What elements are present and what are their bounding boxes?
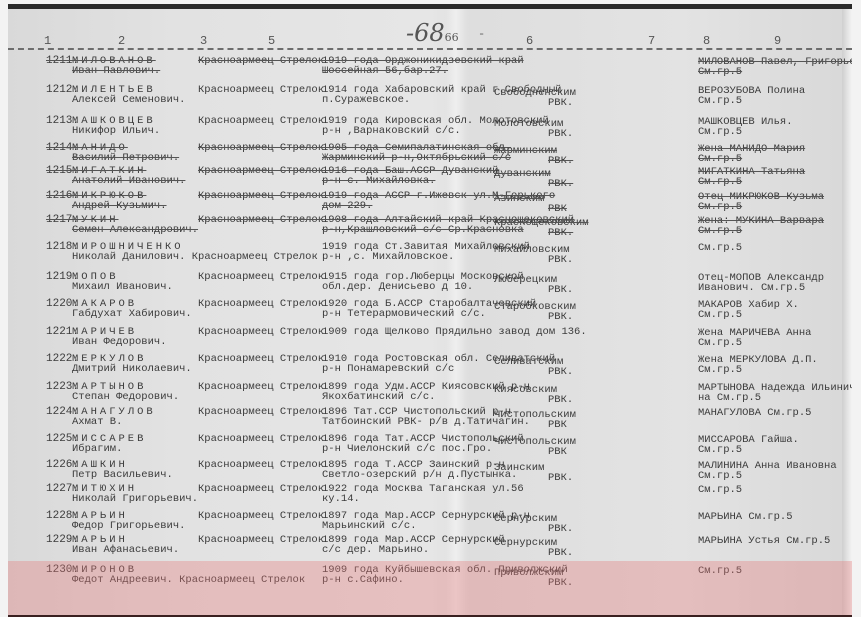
header-rule <box>8 48 852 50</box>
rank-position: Красноармеец Стрелок <box>198 434 324 445</box>
document-page: -6866 - 12356789 1211.МИЛОВАНОВИван Павл… <box>8 4 852 617</box>
given-name: Петр Васильевич. <box>72 470 173 481</box>
rank-position: Красноармеец Стрелок <box>198 56 324 67</box>
given-name: Михаил Иванович. <box>72 282 173 293</box>
next-of-kin-line2: См.гр.5 <box>698 365 742 376</box>
rank-position: Красноармеец Стрелок <box>198 116 324 127</box>
birth-place-line2: Жарминский р-н,Октябрьский с/с <box>322 153 511 164</box>
next-of-kin-line1: МАРЬИНА См.гр.5 <box>698 512 793 523</box>
rank-position: Красноармеец Стрелок <box>198 215 324 226</box>
rank-position: Красноармеец Стрелок <box>198 272 324 283</box>
given-name: Федот Андреевич. Красноармеец Стрелок <box>72 575 305 586</box>
draft-office-suffix: РВК <box>548 447 567 458</box>
birth-place-line2: дом 229. <box>322 201 372 212</box>
birth-place-line2: Шоссейная 56,бар.27. <box>322 66 448 77</box>
next-of-kin-line2: См.гр.5 <box>698 67 742 78</box>
table-row: 1230.МИРОНОВФедот Андреевич. Красноармее… <box>8 565 852 595</box>
column-number: 3 <box>200 34 207 48</box>
given-name: Ибрагим. <box>72 444 122 455</box>
draft-office-suffix: РВК. <box>548 548 573 559</box>
next-of-kin-line1: См.гр.5 <box>698 485 742 496</box>
rank-position: Красноармеец Стрелок <box>198 143 324 154</box>
birth-place-line2: р-н Понамаревский с/с <box>322 364 454 375</box>
given-name: Ахмат В. <box>72 417 122 428</box>
table-row: 1222.МЕРКУЛОВДмитрий Николаевич.Красноар… <box>8 354 852 384</box>
rank-position: Красноармеец Стрелок <box>198 191 324 202</box>
next-of-kin-line2: См.гр.5 <box>698 96 742 107</box>
rank-position: Красноармеец Стрелок <box>198 484 324 495</box>
rank-position: Красноармеец Стрелок <box>198 299 324 310</box>
page-number: -6866 <box>406 19 459 47</box>
next-of-kin-line2: на См.гр.5 <box>698 393 761 404</box>
birth-place-line2: р-н с.Сафино. <box>322 575 404 586</box>
given-name: Андрей Кузьмич. <box>72 201 167 212</box>
column-number: 5 <box>268 34 275 48</box>
birth-place-line2: Якохбатинский с/с. <box>322 392 435 403</box>
next-of-kin-line2: См.гр.5 <box>698 202 742 213</box>
draft-office-suffix: РВК. <box>548 255 573 266</box>
birth-place-line2: р-н Тетерармовический с/с. <box>322 309 486 320</box>
column-number: 8 <box>703 34 710 48</box>
rank-position: Красноармеец Стрелок <box>198 382 324 393</box>
given-name: Иван Афанасьевич. <box>72 545 179 556</box>
next-of-kin-line2: См.гр.5 <box>698 471 742 482</box>
draft-office-suffix: РВК. <box>548 578 573 589</box>
draft-office-suffix: РВК. <box>548 98 573 109</box>
draft-office-suffix: РВК. <box>548 524 573 535</box>
birth-place-line2: п.Суражевское. <box>322 95 410 106</box>
column-number: 9 <box>774 34 781 48</box>
given-name: Анатолий Иванович. <box>72 176 185 187</box>
column-number: 2 <box>118 34 125 48</box>
draft-office-suffix: РВК. <box>548 473 573 484</box>
next-of-kin-line2: См.гр.5 <box>698 226 742 237</box>
rank-position: Красноармеец Стрелок <box>198 166 324 177</box>
next-of-kin-line2: См.гр.5 <box>698 127 742 138</box>
rank-position: Красноармеец Стрелок <box>198 354 324 365</box>
rank-position: Красноармеец Стрелок <box>198 85 324 96</box>
draft-office: Краснощековским <box>494 218 589 229</box>
dash-mark: - <box>478 27 485 41</box>
given-name: Габдухат Хабирович. <box>72 309 192 320</box>
next-of-kin-line1: См.гр.5 <box>698 243 742 254</box>
given-name: Степан Федорович. <box>72 392 179 403</box>
given-name: Семен Александрович. <box>72 225 198 236</box>
rank-position: Красноармеец Стрелок <box>198 327 324 338</box>
given-name: Иван Федорович. <box>72 337 167 348</box>
draft-office-suffix: РВК. <box>548 312 573 323</box>
rank-position: Красноармеец Стрелок <box>198 460 324 471</box>
birth-place-line2: р-н ,Варнаковский с/с. <box>322 126 461 137</box>
draft-office-suffix: РВК. <box>548 395 573 406</box>
draft-office-suffix: РВК. <box>548 367 573 378</box>
next-of-kin-line2: См.гр.5 <box>698 177 742 188</box>
next-of-kin-line2: См.гр.5 <box>698 154 742 165</box>
given-name: Василий Петрович. <box>72 153 179 164</box>
draft-office: Дуванским <box>494 169 551 180</box>
given-name: Иван Павлович. <box>72 66 160 77</box>
next-of-kin-line1: МАНАГУЛОВА См.гр.5 <box>698 408 811 419</box>
draft-office: Заинским <box>494 463 544 474</box>
birth-place-line2: Марьинский с/с. <box>322 521 417 532</box>
column-number: 1 <box>44 34 51 48</box>
given-name: Николай Григорьевич. <box>72 494 198 505</box>
draft-office-suffix: РВК. <box>548 228 573 239</box>
birth-place-line2: с/с дер. Марьино. <box>322 545 429 556</box>
next-of-kin-line2: См.гр.5 <box>698 310 742 321</box>
given-name: Никифор Ильич. <box>72 126 160 137</box>
table-row: 1220.МАКАРОВГабдухат Хабирович.Красноарм… <box>8 299 852 329</box>
next-of-kin-line2: См.гр.5 <box>698 338 742 349</box>
rank-position: Красноармеец Стрелок <box>198 511 324 522</box>
table-row: 1229.МАРЬИНИван Афанасьевич.Красноармеец… <box>8 535 852 565</box>
column-number: 6 <box>526 34 533 48</box>
table-row: 1211.МИЛОВАНОВИван Павлович.Красноармеец… <box>8 56 852 86</box>
birth-place-line2: р-н ,с. Михайловское. <box>322 252 454 263</box>
page-number-value: 68 <box>414 19 445 47</box>
draft-office-suffix: РВК. <box>548 129 573 140</box>
next-of-kin-line2: Иванович. См.гр.5 <box>698 283 805 294</box>
rank-position: Красноармеец Стрелок <box>198 407 324 418</box>
draft-office-suffix: РВК. <box>548 285 573 296</box>
draft-office-suffix: РВК <box>548 420 567 431</box>
birth-place-line2: р-н Чиелонский с/с пос.Гро. <box>322 444 492 455</box>
draft-office-suffix: РВК. <box>548 179 573 190</box>
draft-office: Азинским <box>494 194 544 205</box>
given-name: Николай Данилович. Красноармеец Стрелок <box>72 252 318 263</box>
given-name: Дмитрий Николаевич. <box>72 364 192 375</box>
page-number-suffix: 66 <box>445 31 459 44</box>
birth-place-line1: 1909 года Щелково Прядильно завод дом 13… <box>322 327 587 338</box>
table-row: 1218.МИРОШНИЧЕНКОНиколай Данилович. Крас… <box>8 242 852 272</box>
rank-position: Красноармеец Стрелок <box>198 535 324 546</box>
table-row: 1212.МИЛЕНТЬЕВАлексей Семенович.Красноар… <box>8 85 852 115</box>
given-name: Федор Григорьевич. <box>72 521 185 532</box>
birth-place-line2: Светло-озерский р/н д.Пустынка. <box>322 470 517 481</box>
next-of-kin-line1: См.гр.5 <box>698 566 742 577</box>
birth-place-line2: ку.14. <box>322 494 360 505</box>
column-number: 7 <box>648 34 655 48</box>
next-of-kin-line2: См.гр.5 <box>698 445 742 456</box>
birth-place-line2: обл.дер. Денисьево д 10. <box>322 282 473 293</box>
given-name: Алексей Семенович. <box>72 95 185 106</box>
next-of-kin-line1: МАРЬИНА Устья См.гр.5 <box>698 536 830 547</box>
birth-place-line2: р-н с. Михайловка. <box>322 176 435 187</box>
